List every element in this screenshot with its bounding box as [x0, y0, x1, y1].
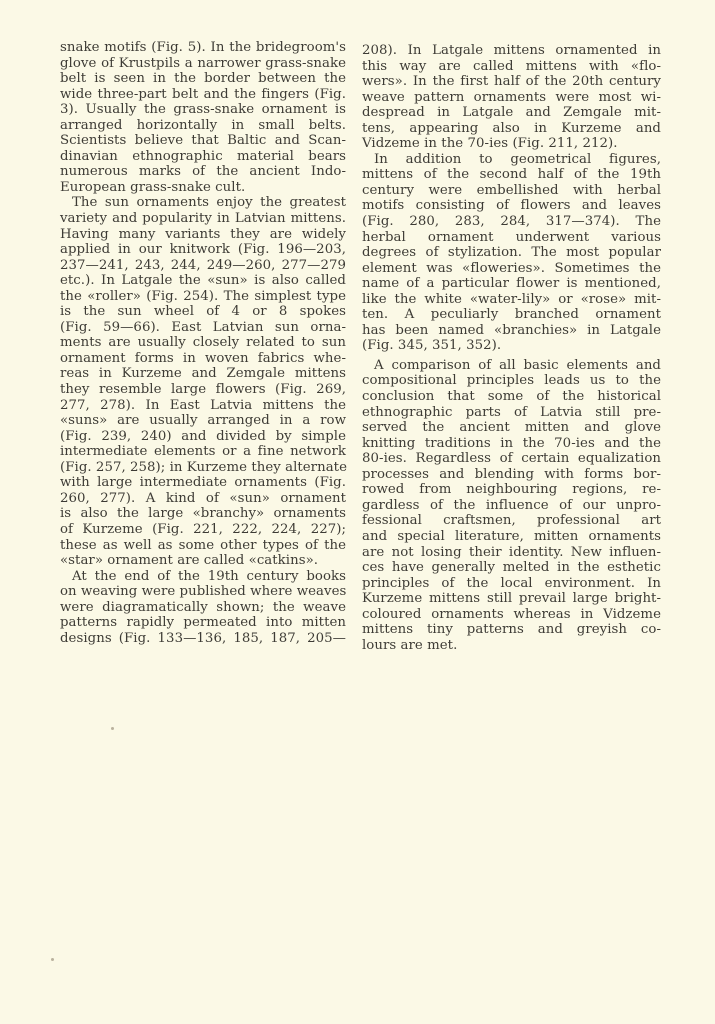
text-line: rowed from neighbouring regions, re-: [362, 482, 661, 498]
text-line: ces have generally melted in the estheti…: [362, 560, 661, 576]
text-line: European grass-snake cult.: [60, 180, 346, 196]
text-line: mittens of the second half of the 19th: [362, 167, 661, 183]
text-line: 260, 277). A kind of «sun» ornament: [60, 491, 346, 507]
text-line: were diagramatically shown; the weave: [60, 600, 346, 616]
text-line: The sun ornaments enjoy the greatest: [60, 195, 346, 211]
paragraph: The sun ornaments enjoy the greatestvari…: [60, 195, 346, 568]
text-line: (Fig. 280, 283, 284, 317—374). The: [362, 214, 661, 230]
text-line: element was «floweries». Sometimes the: [362, 261, 661, 277]
text-line: ments are usually closely related to sun: [60, 335, 346, 351]
text-line: gardless of the influence of our unpro-: [362, 498, 661, 514]
text-line: knitting traditions in the 70-ies and th…: [362, 436, 661, 452]
text-line: At the end of the 19th century books: [60, 569, 346, 585]
text-line: (Fig. 239, 240) and divided by simple: [60, 429, 346, 445]
paragraph: A comparison of all basic elements andco…: [362, 358, 661, 653]
text-line: and special literature, mitten ornaments: [362, 529, 661, 545]
text-line: A comparison of all basic elements and: [362, 358, 661, 374]
text-line: conclusion that some of the historical: [362, 389, 661, 405]
text-line: snake motifs (Fig. 5). In the bridegroom…: [60, 40, 346, 56]
text-line: reas in Kurzeme and Zemgale mittens: [60, 366, 346, 382]
paragraph: snake motifs (Fig. 5). In the bridegroom…: [60, 40, 346, 195]
text-column-right: 208). In Latgale mittens ornamented inth…: [362, 43, 661, 653]
text-line: ornament forms in woven fabrics whe-: [60, 351, 346, 367]
text-line: are not losing their identity. New influ…: [362, 545, 661, 561]
text-line: like the white «water-lily» or «rose» mi…: [362, 292, 661, 308]
text-line: herbal ornament underwent various: [362, 230, 661, 246]
text-line: mittens tiny patterns and greyish co-: [362, 622, 661, 638]
paper-speck: [51, 958, 54, 961]
text-line: compositional principles leads us to the: [362, 373, 661, 389]
text-line: dinavian ethnographic material bears: [60, 149, 346, 165]
text-line: of Kurzeme (Fig. 221, 222, 224, 227);: [60, 522, 346, 538]
text-line: Vidzeme in the 70-ies (Fig. 211, 212).: [362, 136, 661, 152]
text-line: applied in our knitwork (Fig. 196—203,: [60, 242, 346, 258]
text-line: patterns rapidly permeated into mitten: [60, 615, 346, 631]
text-line: has been named «branchies» in Latgale: [362, 323, 661, 339]
text-line: ethnographic parts of Latvia still pre-: [362, 405, 661, 421]
text-line: «suns» are usually arranged in a row: [60, 413, 346, 429]
text-line: these as well as some other types of the: [60, 538, 346, 554]
text-line: the «roller» (Fig. 254). The simplest ty…: [60, 289, 346, 305]
text-line: (Fig. 59—66). East Latvian sun orna-: [60, 320, 346, 336]
text-line: glove of Krustpils a narrower grass-snak…: [60, 56, 346, 72]
text-line: name of a particular flower is mentioned…: [362, 276, 661, 292]
text-line: this way are called mittens with «flo-: [362, 59, 661, 75]
text-line: tens, appearing also in Kurzeme and: [362, 121, 661, 137]
text-line: degrees of stylization. The most popular: [362, 245, 661, 261]
text-line: wers». In the first half of the 20th cen…: [362, 74, 661, 90]
text-line: wide three-part belt and the fingers (Fi…: [60, 87, 346, 103]
paragraph: 208). In Latgale mittens ornamented inth…: [362, 43, 661, 152]
text-line: lours are met.: [362, 638, 661, 654]
text-line: etc.). In Latgale the «sun» is also call…: [60, 273, 346, 289]
text-line: motifs consisting of flowers and leaves: [362, 198, 661, 214]
text-line: ten. A peculiarly branched ornament: [362, 307, 661, 323]
text-line: In addition to geometrical figures,: [362, 152, 661, 168]
text-line: is the sun wheel of 4 or 8 spokes: [60, 304, 346, 320]
text-line: is also the large «branchy» ornaments: [60, 506, 346, 522]
paragraph: In addition to geometrical figures,mitte…: [362, 152, 661, 354]
text-line: they resemble large flowers (Fig. 269,: [60, 382, 346, 398]
text-line: processes and blending with forms bor-: [362, 467, 661, 483]
text-line: designs (Fig. 133—136, 185, 187, 205—: [60, 631, 346, 647]
text-line: fessional craftsmen, professional art: [362, 513, 661, 529]
text-line: Having many variants they are widely: [60, 227, 346, 243]
text-line: numerous marks of the ancient Indo-: [60, 164, 346, 180]
text-line: 277, 278). In East Latvia mittens the: [60, 398, 346, 414]
text-line: 3). Usually the grass-snake ornament is: [60, 102, 346, 118]
text-line: «star» ornament are called «catkins».: [60, 553, 346, 569]
text-line: with large intermediate ornaments (Fig.: [60, 475, 346, 491]
text-line: principles of the local environment. In: [362, 576, 661, 592]
text-line: (Fig. 257, 258); in Kurzeme they alterna…: [60, 460, 346, 476]
text-line: coloured ornaments whereas in Vidzeme: [362, 607, 661, 623]
text-line: century were embellished with herbal: [362, 183, 661, 199]
paragraph: At the end of the 19th century bookson w…: [60, 569, 346, 647]
text-line: Scientists believe that Baltic and Scan-: [60, 133, 346, 149]
text-line: Kurzeme mittens still prevail large brig…: [362, 591, 661, 607]
text-line: intermediate elements or a fine network: [60, 444, 346, 460]
text-line: arranged horizontally in small belts.: [60, 118, 346, 134]
text-line: served the ancient mitten and glove: [362, 420, 661, 436]
text-line: despread in Latgale and Zemgale mit-: [362, 105, 661, 121]
text-line: on weaving were published where weaves: [60, 584, 346, 600]
text-line: 208). In Latgale mittens ornamented in: [362, 43, 661, 59]
text-line: 237—241, 243, 244, 249—260, 277—279: [60, 258, 346, 274]
text-column-left: snake motifs (Fig. 5). In the bridegroom…: [60, 40, 346, 646]
paper-speck: [111, 727, 114, 730]
text-line: weave pattern ornaments were most wi-: [362, 90, 661, 106]
text-line: variety and popularity in Latvian mitten…: [60, 211, 346, 227]
text-line: (Fig. 345, 351, 352).: [362, 338, 661, 354]
text-line: belt is seen in the border between the: [60, 71, 346, 87]
text-line: 80-ies. Regardless of certain equalizati…: [362, 451, 661, 467]
